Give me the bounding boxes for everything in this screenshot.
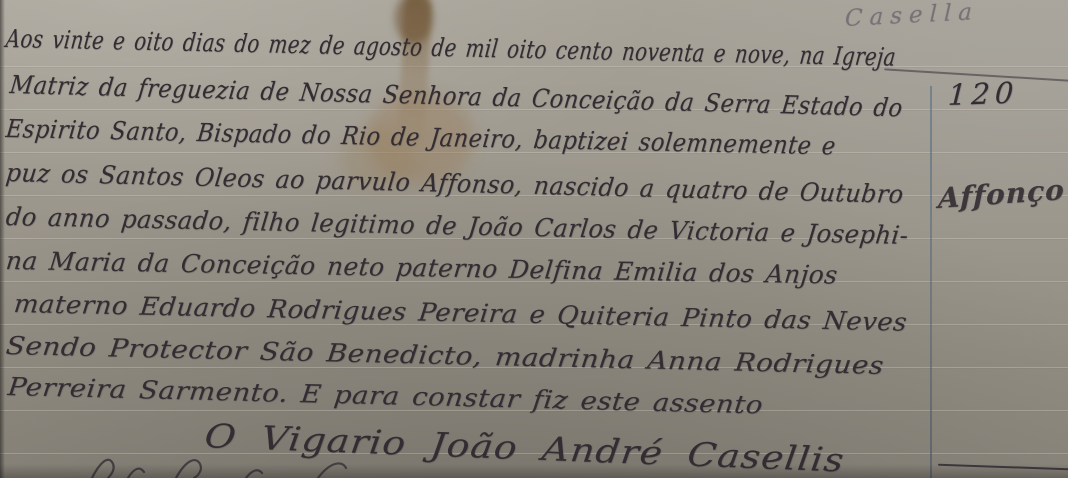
document-page: Casella Aos vinte e oito dias do mez de …	[0, 0, 1068, 478]
bottom-edge-shadow	[0, 464, 1068, 478]
partial-next-line-strokes	[0, 0, 1068, 478]
